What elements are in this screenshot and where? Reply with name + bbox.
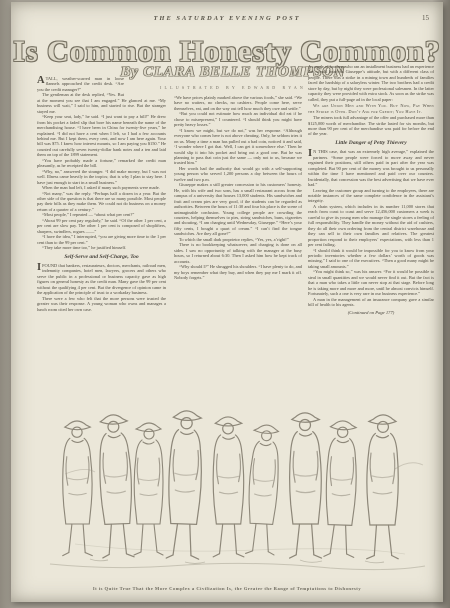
body-paragraph: A man in the management of an insurance …	[308, 297, 434, 308]
column-2: “We have prices plainly marked above the…	[174, 95, 302, 280]
body-paragraph: ATALL, weather-scarred man in loose flan…	[37, 76, 166, 92]
body-paragraph: A couple of brothers who ran an installm…	[308, 64, 434, 102]
body-paragraph: “But you could not estimate how much an …	[174, 111, 302, 127]
body-paragraph: “About 99 per cent pay regularly,” he sa…	[37, 218, 166, 234]
body-paragraph: “I know we might, but we do not,” was he…	[174, 128, 302, 166]
advertisement-text: We are Union Men and With You. Buy Now, …	[308, 103, 434, 114]
masthead: THE SATURDAY EVENING POST	[11, 15, 443, 22]
illustration-sketch	[35, 354, 437, 582]
body-paragraph: When the man had left, I asked if many s…	[37, 185, 166, 190]
drop-cap: A	[37, 76, 46, 85]
body-paragraph: “Keep your seat, lady,” he said. “I just…	[37, 114, 166, 158]
illustration-caption: It is Quite True That the More Complex a…	[11, 586, 443, 591]
body-paragraph: “Why, no,” answered the stranger. “I did…	[37, 169, 166, 185]
body-paragraph: “Not many,” was the reply. “Perhaps half…	[37, 191, 166, 213]
body-paragraph: IFOUND that bankers, restaurateurs, doct…	[37, 263, 166, 296]
body-paragraph: There were a few who felt that the more …	[37, 296, 166, 312]
magazine-scan: { "page": { "masthead": "THE SATURDAY EV…	[0, 0, 450, 608]
body-paragraph: The miners took full advantage of the of…	[308, 115, 434, 137]
paper-page: THE SATURDAY EVENING POST 15 Is Common H…	[11, 2, 443, 602]
column-3: A couple of brothers who ran an installm…	[308, 64, 434, 316]
continued-line: (Continued on Page 177)	[308, 310, 434, 315]
drop-cap: I	[37, 263, 42, 272]
body-paragraph: “I have the idea,” I interrupted, “you a…	[37, 234, 166, 245]
body-paragraph: Leaving the customer group and turning t…	[308, 188, 434, 204]
body-paragraph: “We have prices plainly marked above the…	[174, 95, 302, 111]
body-paragraph: “You might think so,” was his answer. “F…	[308, 269, 434, 296]
body-paragraph: There is no bookkeeping whatsoever, and …	[174, 242, 302, 264]
body-paragraph: The gentleman at the desk replied, “Yes.…	[37, 92, 166, 114]
body-paragraph: IN THIS case, that was an extremely high…	[308, 149, 434, 187]
body-paragraph: “They take more time too,” he justified …	[37, 245, 166, 250]
column-subhead: Little Danger of Petty Thievery	[308, 141, 434, 146]
body-paragraph: A chain system, which includes in its nu…	[308, 204, 434, 248]
column-1: ATALL, weather-scarred man in loose flan…	[37, 76, 166, 312]
body-paragraph: “Why should I?” He shrugged his shoulder…	[174, 264, 302, 280]
byline-wrap-spacer	[124, 76, 166, 93]
body-paragraph: “I should think it would be impossible f…	[308, 248, 434, 270]
body-paragraph: “You have probably made a fortune,” rema…	[37, 158, 166, 169]
column-subhead: Self-Serve and Self-Charge, Too	[37, 255, 166, 260]
page-number: 15	[422, 14, 429, 22]
body-paragraph: Her words had the authority that would g…	[174, 166, 302, 182]
body-paragraph: Giuseppe makes a still greater concessio…	[174, 182, 302, 237]
drop-cap: I	[308, 149, 313, 158]
